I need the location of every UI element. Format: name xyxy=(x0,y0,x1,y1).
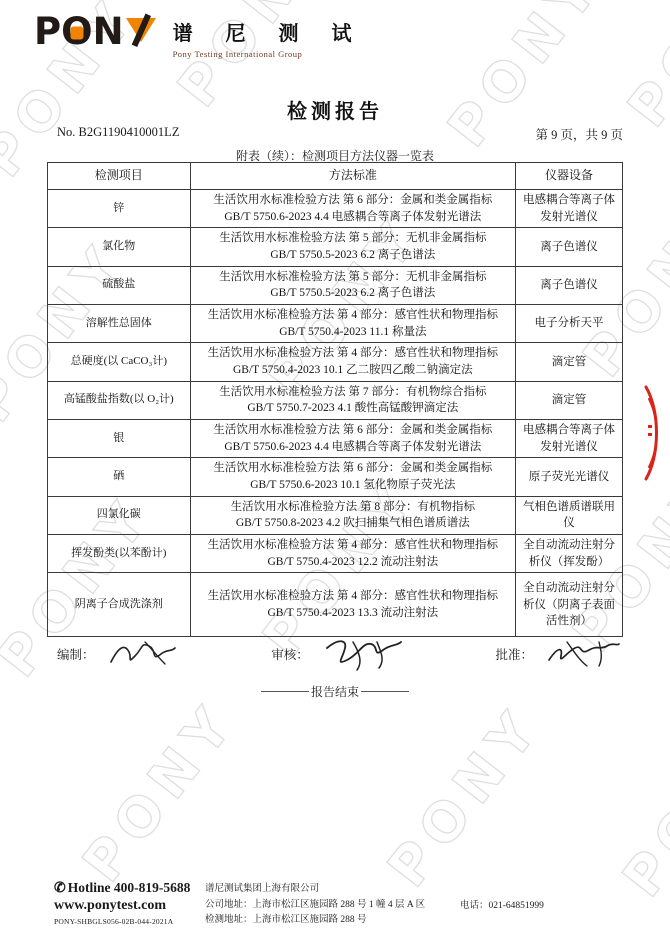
item-cell: 挥发酚类(以苯酚计) xyxy=(48,535,191,573)
table-row: 银 生活饮用水标准检验方法 第 6 部分：金属和类金属指标GB/T 5750.6… xyxy=(48,420,623,458)
item-cell: 硒 xyxy=(48,458,191,496)
method-line2: GB/T 5750.5-2023 6.2 离子色谱法 xyxy=(194,247,512,264)
table-row: 总硬度(以 CaCO₃计) 生活饮用水标准检验方法 第 4 部分：感官性状和物理… xyxy=(48,343,623,381)
method-cell: 生活饮用水标准检验方法 第 4 部分：感官性状和物理指标GB/T 5750.4-… xyxy=(190,535,515,573)
method-line2: GB/T 5750.6-2023 4.4 电感耦合等离子体发射光谱法 xyxy=(194,209,512,226)
hotline-line: ✆Hotline 400-819-5688 xyxy=(54,880,214,897)
table-row: 锌 生活饮用水标准检验方法 第 6 部分：金属和类金属指标GB/T 5750.6… xyxy=(48,190,623,228)
pony-logo: PON xyxy=(34,13,159,50)
method-line2: GB/T 5750.6-2023 10.1 氢化物原子荧光法 xyxy=(194,477,512,494)
end-of-report: 报告结束 xyxy=(0,683,670,700)
website-link[interactable]: www.ponytest.com xyxy=(54,898,214,914)
instrument-cell: 电感耦合等离子体发射光谱仪 xyxy=(516,420,623,458)
table-header-row: 检测项目 方法标准 仪器设备 xyxy=(48,163,623,190)
page-indicator: 第 9 页，共 9 页 xyxy=(535,125,623,143)
method-cell: 生活饮用水标准检验方法 第 6 部分：金属和类金属指标GB/T 5750.6-2… xyxy=(190,190,515,228)
logo-letter-o: O xyxy=(61,13,92,50)
approved-label: 批准： xyxy=(495,645,533,663)
footer-contact-block: ✆Hotline 400-819-5688 www.ponytest.com P… xyxy=(54,880,214,926)
method-instrument-table: 检测项目 方法标准 仪器设备 锌 生活饮用水标准检验方法 第 6 部分：金属和类… xyxy=(47,162,623,637)
divider-line xyxy=(261,691,309,692)
method-line1: 生活饮用水标准检验方法 第 7 部分：有机物综合指标 xyxy=(194,384,512,401)
approved-signature-icon xyxy=(543,636,623,672)
instrument-cell: 离子色谱仪 xyxy=(516,266,623,304)
method-line1: 生活饮用水标准检验方法 第 4 部分：感官性状和物理指标 xyxy=(194,588,512,605)
table-row: 溶解性总固体 生活饮用水标准检验方法 第 4 部分：感官性状和物理指标GB/T … xyxy=(48,305,623,343)
table-row: 四氯化碳 生活饮用水标准检验方法 第 8 部分：有机物指标GB/T 5750.8… xyxy=(48,496,623,534)
instrument-cell: 全自动流动注射分析仪（阴离子表面活性剂） xyxy=(516,573,623,637)
instrument-cell: 电感耦合等离子体发射光谱仪 xyxy=(516,190,623,228)
report-page: PONY PONY PONY PONY PONY PONY PONY PONY … xyxy=(0,0,670,947)
document-code: PONY-SHBGLS056-02B-044-2021A xyxy=(54,917,214,926)
method-line1: 生活饮用水标准检验方法 第 5 部分：无机非金属指标 xyxy=(194,269,512,286)
page-title: 检测报告 xyxy=(0,95,670,124)
prepared-signature-icon xyxy=(105,636,183,672)
method-line1: 生活饮用水标准检验方法 第 4 部分：感官性状和物理指标 xyxy=(194,537,512,554)
logo-letter-n: N xyxy=(93,13,124,50)
item-cell: 硫酸盐 xyxy=(48,266,191,304)
logo-letter-y-icon xyxy=(125,14,159,50)
signature-prepared: 编制： xyxy=(57,636,183,672)
table-row: 阴离子合成洗涤剂 生活饮用水标准检验方法 第 4 部分：感官性状和物理指标GB/… xyxy=(48,573,623,637)
brand-subtitle: Pony Testing International Group xyxy=(173,49,365,59)
col-header-method: 方法标准 xyxy=(190,163,515,190)
footer-company-block: 谱尼测试集团上海有限公司 公司地址：上海市松江区施园路 288 号 1 幢 4 … xyxy=(205,882,475,929)
phone-icon: ✆ xyxy=(54,881,66,896)
company-address: 公司地址：上海市松江区施园路 288 号 1 幢 4 层 A 区 xyxy=(205,898,475,914)
method-line2: GB/T 5750.4-2023 12.2 流动注射法 xyxy=(194,554,512,571)
table-row: 硒 生活饮用水标准检验方法 第 6 部分：金属和类金属指标GB/T 5750.6… xyxy=(48,458,623,496)
brand-chinese-name: 谱 尼 测 试 xyxy=(173,17,365,46)
col-header-instrument: 仪器设备 xyxy=(516,163,623,190)
method-cell: 生活饮用水标准检验方法 第 4 部分：感官性状和物理指标GB/T 5750.4-… xyxy=(190,305,515,343)
footer-phone: 电话：021-64851999 xyxy=(460,897,544,911)
signature-row: 编制： 审核： 批准： xyxy=(57,634,623,674)
signature-approved: 批准： xyxy=(495,636,623,672)
item-cell: 四氯化碳 xyxy=(48,496,191,534)
method-cell: 生活饮用水标准检验方法 第 8 部分：有机物指标GB/T 5750.8-2023… xyxy=(190,496,515,534)
table-row: 硫酸盐 生活饮用水标准检验方法 第 5 部分：无机非金属指标GB/T 5750.… xyxy=(48,266,623,304)
method-cell: 生活饮用水标准检验方法 第 4 部分：感官性状和物理指标GB/T 5750.4-… xyxy=(190,343,515,381)
hotline-text: Hotline 400-819-5688 xyxy=(68,880,191,895)
method-line2: GB/T 5750.5-2023 6.2 离子色谱法 xyxy=(194,285,512,302)
reviewed-label: 审核： xyxy=(271,645,309,663)
method-line1: 生活饮用水标准检验方法 第 6 部分：金属和类金属指标 xyxy=(194,460,512,477)
meta-row: No. B2G1190410001LZ 第 9 页，共 9 页 xyxy=(57,125,623,143)
item-cell: 锌 xyxy=(48,190,191,228)
brand-header: PON 谱 尼 测 试 Pony Testing International G… xyxy=(34,13,364,59)
instrument-cell: 原子荧光光谱仪 xyxy=(516,458,623,496)
instrument-cell: 滴定管 xyxy=(516,343,623,381)
method-cell: 生活饮用水标准检验方法 第 6 部分：金属和类金属指标GB/T 5750.6-2… xyxy=(190,420,515,458)
method-cell: 生活饮用水标准检验方法 第 5 部分：无机非金属指标GB/T 5750.5-20… xyxy=(190,228,515,266)
method-line1: 生活饮用水标准检验方法 第 5 部分：无机非金属指标 xyxy=(194,230,512,247)
item-cell: 高锰酸盐指数(以 O₂计) xyxy=(48,381,191,419)
instrument-cell: 滴定管 xyxy=(516,381,623,419)
table-row: 高锰酸盐指数(以 O₂计) 生活饮用水标准检验方法 第 7 部分：有机物综合指标… xyxy=(48,381,623,419)
signature-reviewed: 审核： xyxy=(271,634,407,674)
reviewed-signature-icon xyxy=(319,634,407,674)
method-line2: GB/T 5750.7-2023 4.1 酸性高锰酸钾滴定法 xyxy=(194,400,512,417)
method-cell: 生活饮用水标准检验方法 第 6 部分：金属和类金属指标GB/T 5750.6-2… xyxy=(190,458,515,496)
item-cell: 氯化物 xyxy=(48,228,191,266)
col-header-item: 检测项目 xyxy=(48,163,191,190)
test-address: 检测地址：上海市松江区施园路 288 号 xyxy=(205,913,475,929)
method-line2: GB/T 5750.4-2023 11.1 称量法 xyxy=(194,324,512,341)
method-line1: 生活饮用水标准检验方法 第 6 部分：金属和类金属指标 xyxy=(194,192,512,209)
instrument-cell: 电子分析天平 xyxy=(516,305,623,343)
red-seal-edge-icon xyxy=(638,383,670,483)
item-cell: 阴离子合成洗涤剂 xyxy=(48,573,191,637)
method-cell: 生活饮用水标准检验方法 第 4 部分：感官性状和物理指标GB/T 5750.4-… xyxy=(190,573,515,637)
instrument-cell: 离子色谱仪 xyxy=(516,228,623,266)
method-cell: 生活饮用水标准检验方法 第 7 部分：有机物综合指标GB/T 5750.7-20… xyxy=(190,381,515,419)
item-cell: 总硬度(以 CaCO₃计) xyxy=(48,343,191,381)
method-line1: 生活饮用水标准检验方法 第 4 部分：感官性状和物理指标 xyxy=(194,307,512,324)
item-cell: 银 xyxy=(48,420,191,458)
item-cell: 溶解性总固体 xyxy=(48,305,191,343)
report-number: No. B2G1190410001LZ xyxy=(57,125,179,140)
logo-orange-square xyxy=(70,26,83,39)
table-row: 氯化物 生活饮用水标准检验方法 第 5 部分：无机非金属指标GB/T 5750.… xyxy=(48,228,623,266)
table-row: 挥发酚类(以苯酚计) 生活饮用水标准检验方法 第 4 部分：感官性状和物理指标G… xyxy=(48,535,623,573)
method-line2: GB/T 5750.8-2023 4.2 吹扫捕集气相色谱质谱法 xyxy=(194,515,512,532)
company-name: 谱尼测试集团上海有限公司 xyxy=(205,882,475,898)
divider-line xyxy=(361,691,409,692)
instrument-cell: 全自动流动注射分析仪（挥发酚） xyxy=(516,535,623,573)
method-line1: 生活饮用水标准检验方法 第 8 部分：有机物指标 xyxy=(194,499,512,516)
method-line1: 生活饮用水标准检验方法 第 6 部分：金属和类金属指标 xyxy=(194,422,512,439)
prepared-label: 编制： xyxy=(57,645,95,663)
instrument-cell: 气相色谱质谱联用仪 xyxy=(516,496,623,534)
method-line2: GB/T 5750.4-2023 13.3 流动注射法 xyxy=(194,605,512,622)
method-cell: 生活饮用水标准检验方法 第 5 部分：无机非金属指标GB/T 5750.5-20… xyxy=(190,266,515,304)
method-line2: GB/T 5750.4-2023 10.1 乙二胺四乙酸二钠滴定法 xyxy=(194,362,512,379)
method-line2: GB/T 5750.6-2023 4.4 电感耦合等离子体发射光谱法 xyxy=(194,439,512,456)
end-of-report-text: 报告结束 xyxy=(311,683,359,700)
logo-letter-p: P xyxy=(34,13,61,50)
method-line1: 生活饮用水标准检验方法 第 4 部分：感官性状和物理指标 xyxy=(194,345,512,362)
